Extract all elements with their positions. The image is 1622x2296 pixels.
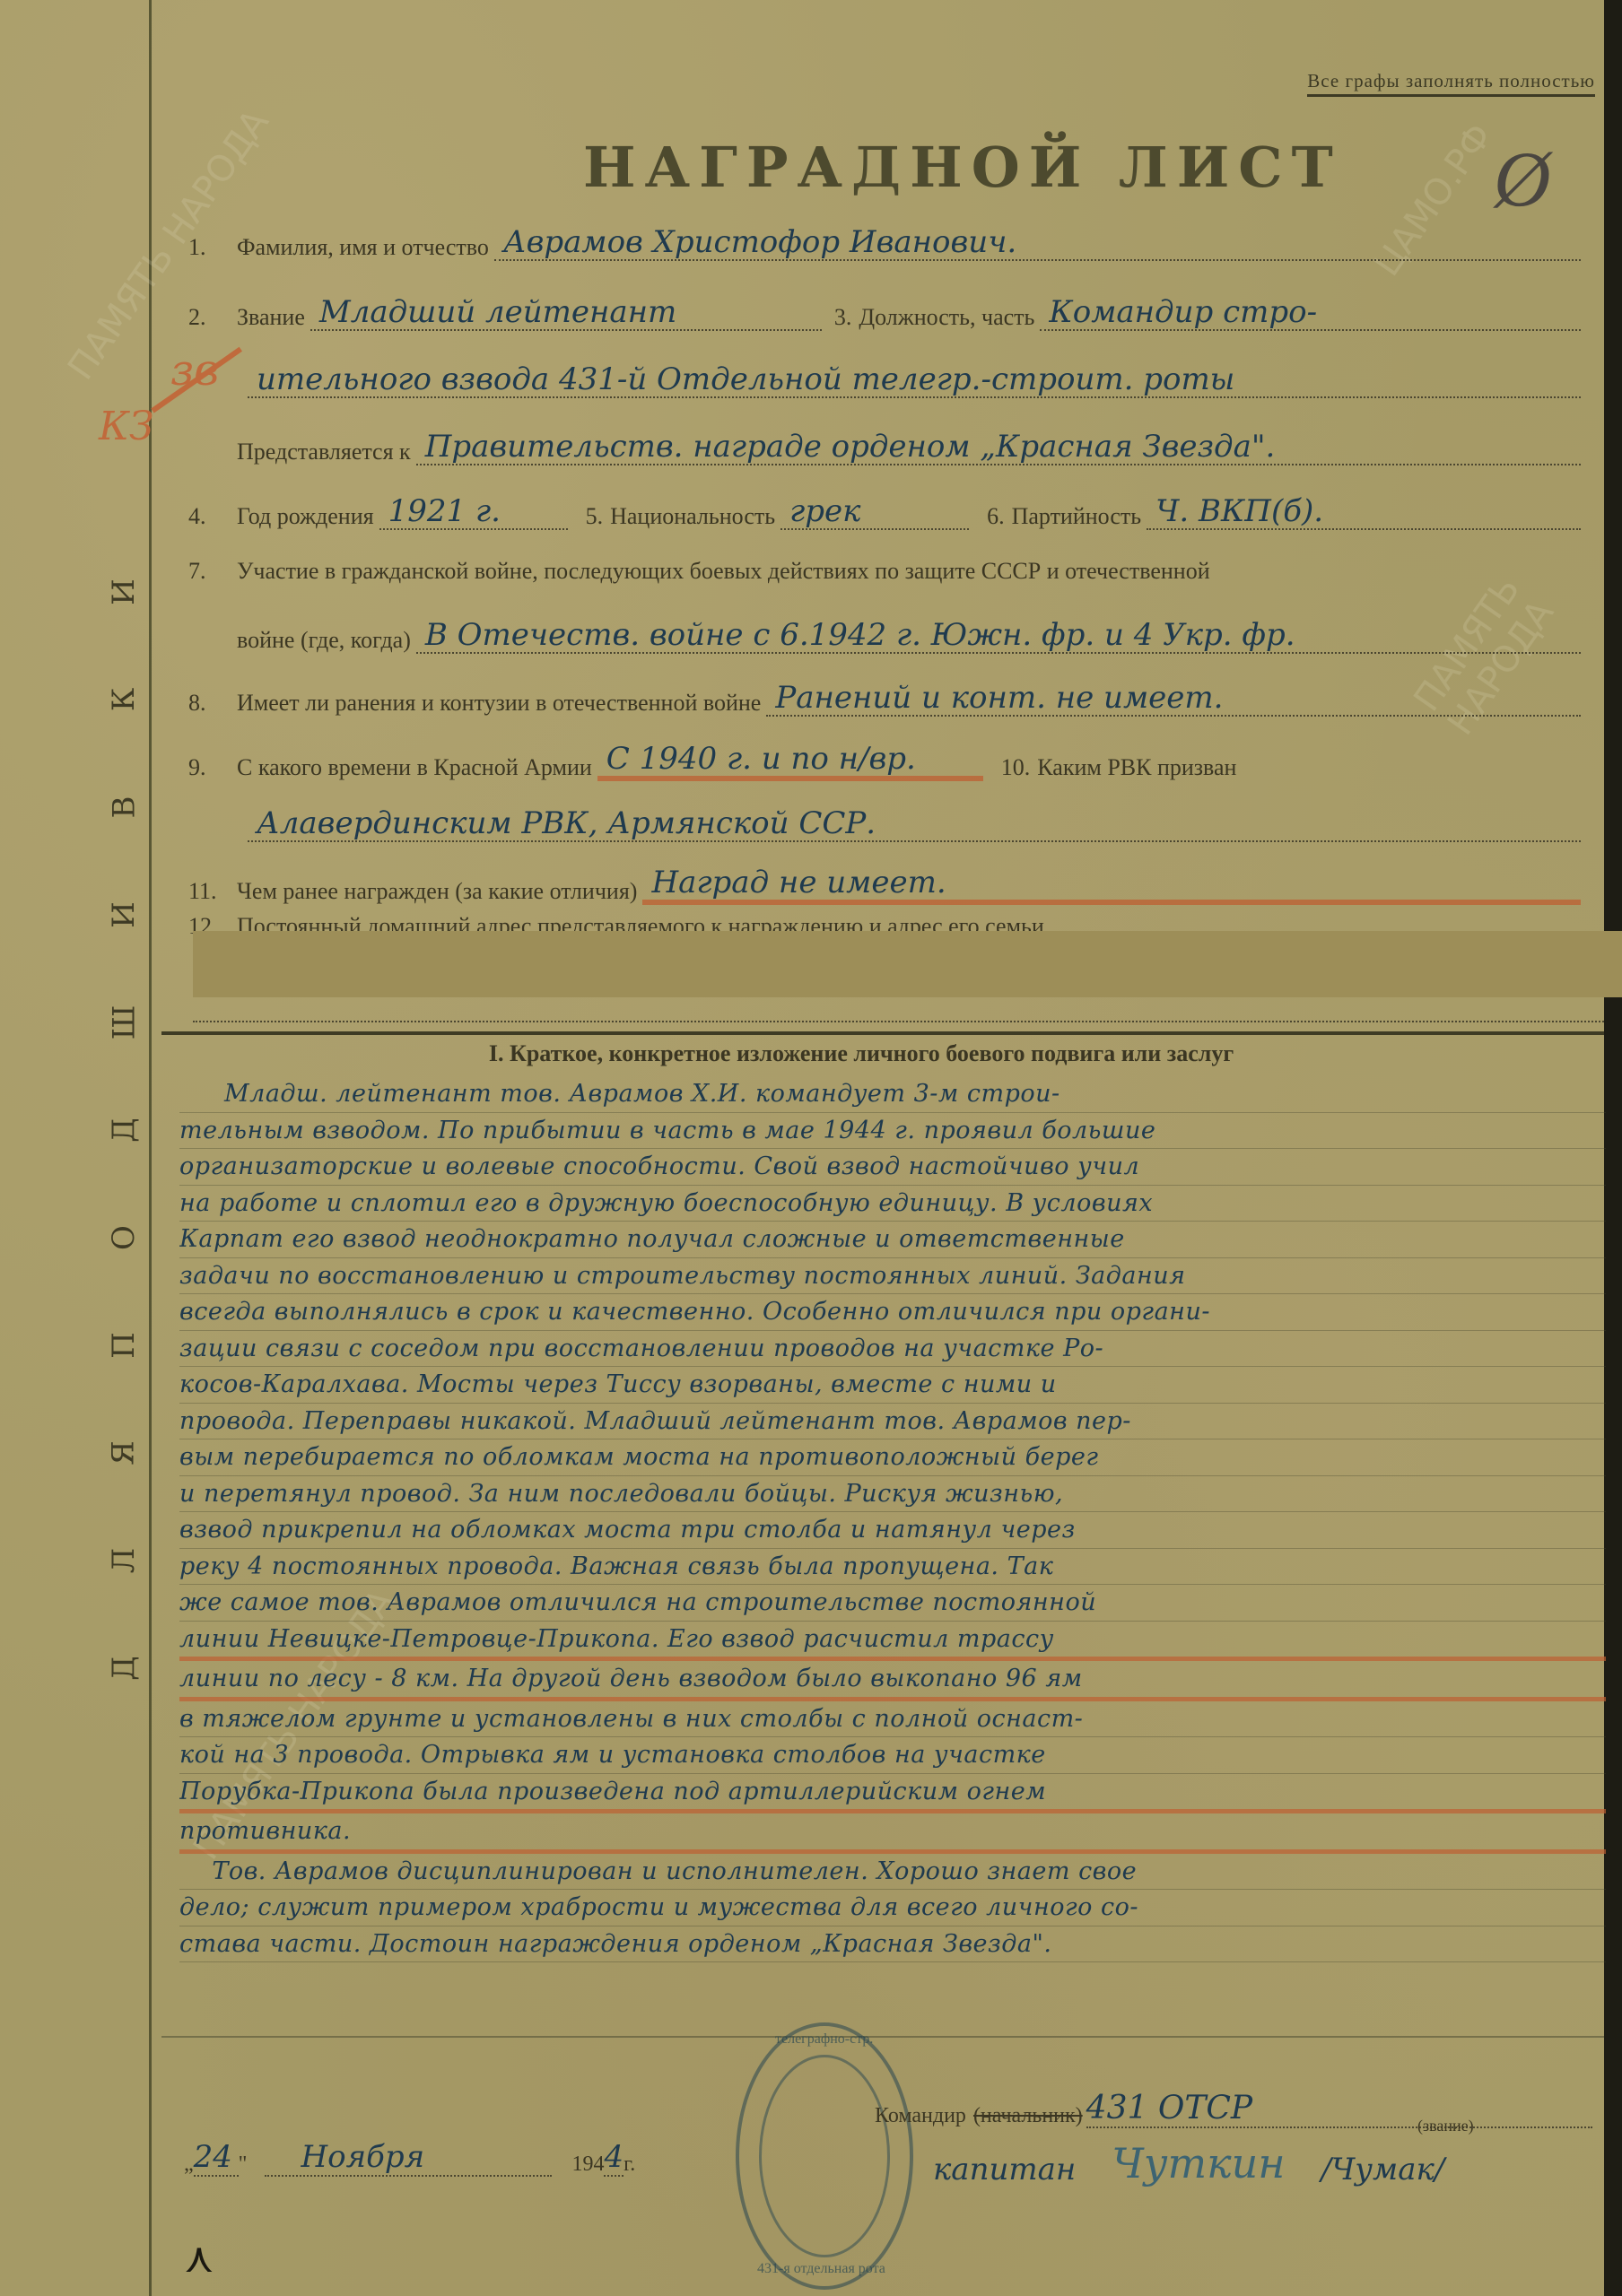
scan-edge <box>1604 0 1622 2296</box>
date-day: 24 <box>194 2139 239 2177</box>
narrative-line: провода. Переправы никакой. Младший лейт… <box>179 1404 1606 1440</box>
section-divider <box>161 1031 1604 1035</box>
field-label: Национальность <box>610 503 775 530</box>
draft-office-value: Алавердинским РВК, Армянской ССР. <box>248 807 1581 842</box>
spine-letter: Л <box>106 1548 142 1573</box>
stamp-emblem <box>759 2055 890 2257</box>
narrative-line: Тов. Аврамов дисциплинирован и исполните… <box>179 1854 1606 1891</box>
section-heading: I. Краткое, конкретное изложение личного… <box>224 1040 1498 1067</box>
spine-letter: Д <box>106 1118 142 1143</box>
narrative-line: на работе и сплотил его в дружную боеспо… <box>179 1186 1606 1222</box>
date-year-prefix: 194 <box>571 2152 604 2177</box>
narrative-line: зации связи с соседом при восстановлении… <box>179 1331 1606 1368</box>
official-stamp: телеграфно-стр. 431-я отдельная рота <box>736 2022 913 2290</box>
spine-letter: В <box>106 796 142 819</box>
narrative-line: в тяжелом грунте и установлены в них сто… <box>179 1701 1606 1738</box>
field-participation: 7. Участие в гражданской войне, последую… <box>188 558 1586 585</box>
dotted-rule <box>193 1021 1604 1022</box>
field-label: Звание <box>237 304 305 331</box>
binding-label: Д Л Я П О Д Ш И В К И <box>106 574 142 1686</box>
date-month: Ноября <box>265 2139 552 2177</box>
nationality-value: грек <box>780 495 969 530</box>
narrative-line: косов-Каралхава. Мосты через Тиссу взорв… <box>179 1367 1606 1404</box>
narrative-line: взвод прикрепил на обломках моста три ст… <box>179 1512 1606 1549</box>
spine-letter: И <box>106 901 142 928</box>
field-full-name: 1. Фамилия, имя и отчество Аврамов Христ… <box>188 226 1586 261</box>
narrative-line: вым перебирается по обломкам моста на пр… <box>179 1439 1606 1476</box>
narrative-line: всегда выполнялись в срок и качественно.… <box>179 1294 1606 1331</box>
commander-label-struck: (начальник) <box>973 2104 1083 2128</box>
field-previous-awards: 11. Чем ранее награжден (за какие отличи… <box>188 866 1586 905</box>
commander-line: Командир (начальник) 431 ОТСР <box>875 2090 1592 2128</box>
field-label: Должность, часть <box>859 304 1034 331</box>
field-label: Партийность <box>1012 503 1142 530</box>
narrative-line: задачи по восстановлению и строительству… <box>179 1258 1606 1295</box>
merit-narrative: Младш. лейтенант тов. Аврамов Х.И. коман… <box>179 1076 1606 1962</box>
position-value: Командир стро- <box>1040 296 1581 331</box>
narrative-line: Младш. лейтенант тов. Аврамов Х.И. коман… <box>179 1076 1606 1113</box>
party-value: Ч. ВКП(б). <box>1147 495 1581 530</box>
document-title: НАГРАДНОЙ ЛИСТ <box>583 135 1342 200</box>
field-label: Представляется к <box>237 439 411 465</box>
fill-all-notice: Все графы заполнять полностью <box>1307 70 1595 97</box>
narrative-line: линии Невицке-Петровце-Прикопа. Его взво… <box>179 1622 1606 1662</box>
field-label: Год рождения <box>237 503 374 530</box>
date-line: „ 24 " Ноября 194 4 г. <box>184 2139 635 2177</box>
spine-letter: О <box>106 1225 142 1250</box>
field-wounds: 8. Имеет ли ранения и контузии в отечест… <box>188 682 1586 717</box>
position-value-continued: ительного взвода 431-й Отдельной телегр.… <box>248 363 1581 398</box>
service-since-value: С 1940 г. и по н/вр. <box>597 743 983 781</box>
wounds-value: Ранений и конт. не имеет. <box>766 682 1581 717</box>
commander-unit-value: 431 ОТСР <box>1086 2090 1592 2128</box>
narrative-line: дело; служит примером храбрости и мужест… <box>179 1890 1606 1926</box>
field-service-since: 9. С какого времени в Красной Армии С 19… <box>188 743 1586 781</box>
field-draft-office: Алавердинским РВК, Армянской ССР. <box>242 807 1586 842</box>
rank-caption: (звание) <box>1417 2117 1474 2135</box>
commander-label: Командир <box>875 2104 966 2128</box>
section-end-rule <box>161 2036 1604 2038</box>
narrative-line: тельным взводом. По прибытии в часть в м… <box>179 1113 1606 1150</box>
narrative-line: линии по лесу - 8 км. На другой день взв… <box>179 1661 1606 1701</box>
narrative-line: реку 4 постоянных провода. Важная связь … <box>179 1549 1606 1586</box>
previous-awards-value: Наград не имеет. <box>642 866 1581 905</box>
field-rank-position: 2. Звание Младший лейтенант 3. Должность… <box>188 296 1586 331</box>
spine-letter: И <box>106 578 142 605</box>
narrative-line: Карпат его взвод неоднократно получал сл… <box>179 1222 1606 1258</box>
narrative-line: Порубка-Прикопа была произведена под арт… <box>179 1774 1606 1814</box>
spine-letter: К <box>106 688 142 711</box>
narrative-line: же самое тов. Аврамов отличился на строи… <box>179 1585 1606 1622</box>
year-label: г. <box>624 2152 635 2177</box>
narrative-line: и перетянул провод. За ним последовали б… <box>179 1476 1606 1513</box>
field-label: С какого времени в Красной Армии <box>237 754 592 781</box>
birth-year-value: 1921 г. <box>379 495 568 530</box>
narrative-line: организаторские и волевые способности. С… <box>179 1149 1606 1186</box>
red-margin-note: КЗ <box>99 404 153 449</box>
field-label: Каким РВК призван <box>1037 754 1236 781</box>
date-year-suffix: 4 <box>604 2139 624 2177</box>
field-label: войне (где, когда) <box>237 627 411 654</box>
signature: Чуткин <box>1112 2139 1285 2187</box>
narrative-line: става части. Достоин награждения орденом… <box>179 1926 1606 1963</box>
field-participation-continued: войне (где, когда) В Отечеств. войне с 6… <box>237 619 1586 654</box>
paper-tear-mark: ⋏ <box>184 2233 214 2282</box>
field-label: Чем ранее награжден (за какие отличия) <box>237 878 637 905</box>
spine-letter: Я <box>106 1440 142 1465</box>
field-presented-for: Представляется к Правительств. награде о… <box>237 430 1586 465</box>
pencil-mark: Ø <box>1494 135 1551 225</box>
signer-name: /Чумак/ <box>1321 2152 1445 2187</box>
field-label: Фамилия, имя и отчество <box>237 234 489 261</box>
field-position-continued: ительного взвода 431-й Отдельной телегр.… <box>242 363 1586 398</box>
spine-letter: Д <box>106 1656 142 1681</box>
full-name-value: Аврамов Христофор Иванович. <box>494 226 1581 261</box>
redacted-address-block <box>193 931 1622 997</box>
award-value: Правительств. награде орденом „Красная З… <box>416 430 1581 465</box>
rank-value: Младший лейтенант <box>310 296 822 331</box>
participation-value: В Отечеств. войне с 6.1942 г. Южн. фр. и… <box>416 619 1581 654</box>
field-label: Имеет ли ранения и контузии в отечествен… <box>237 690 761 717</box>
spine-letter: П <box>106 1332 142 1359</box>
narrative-line: противника. <box>179 1813 1606 1854</box>
field-birth-nationality-party: 4. Год рождения 1921 г. 5. Национальност… <box>188 495 1586 530</box>
field-label: Участие в гражданской войне, последующих… <box>237 558 1210 585</box>
binding-margin-rule <box>149 0 152 2296</box>
rank-value: капитан <box>933 2152 1076 2187</box>
signature-line: капитан Чуткин /Чумак/ <box>933 2139 1444 2187</box>
spine-letter: Ш <box>106 1005 142 1040</box>
narrative-line: кой на 3 провода. Отрывка ям и установка… <box>179 1737 1606 1774</box>
